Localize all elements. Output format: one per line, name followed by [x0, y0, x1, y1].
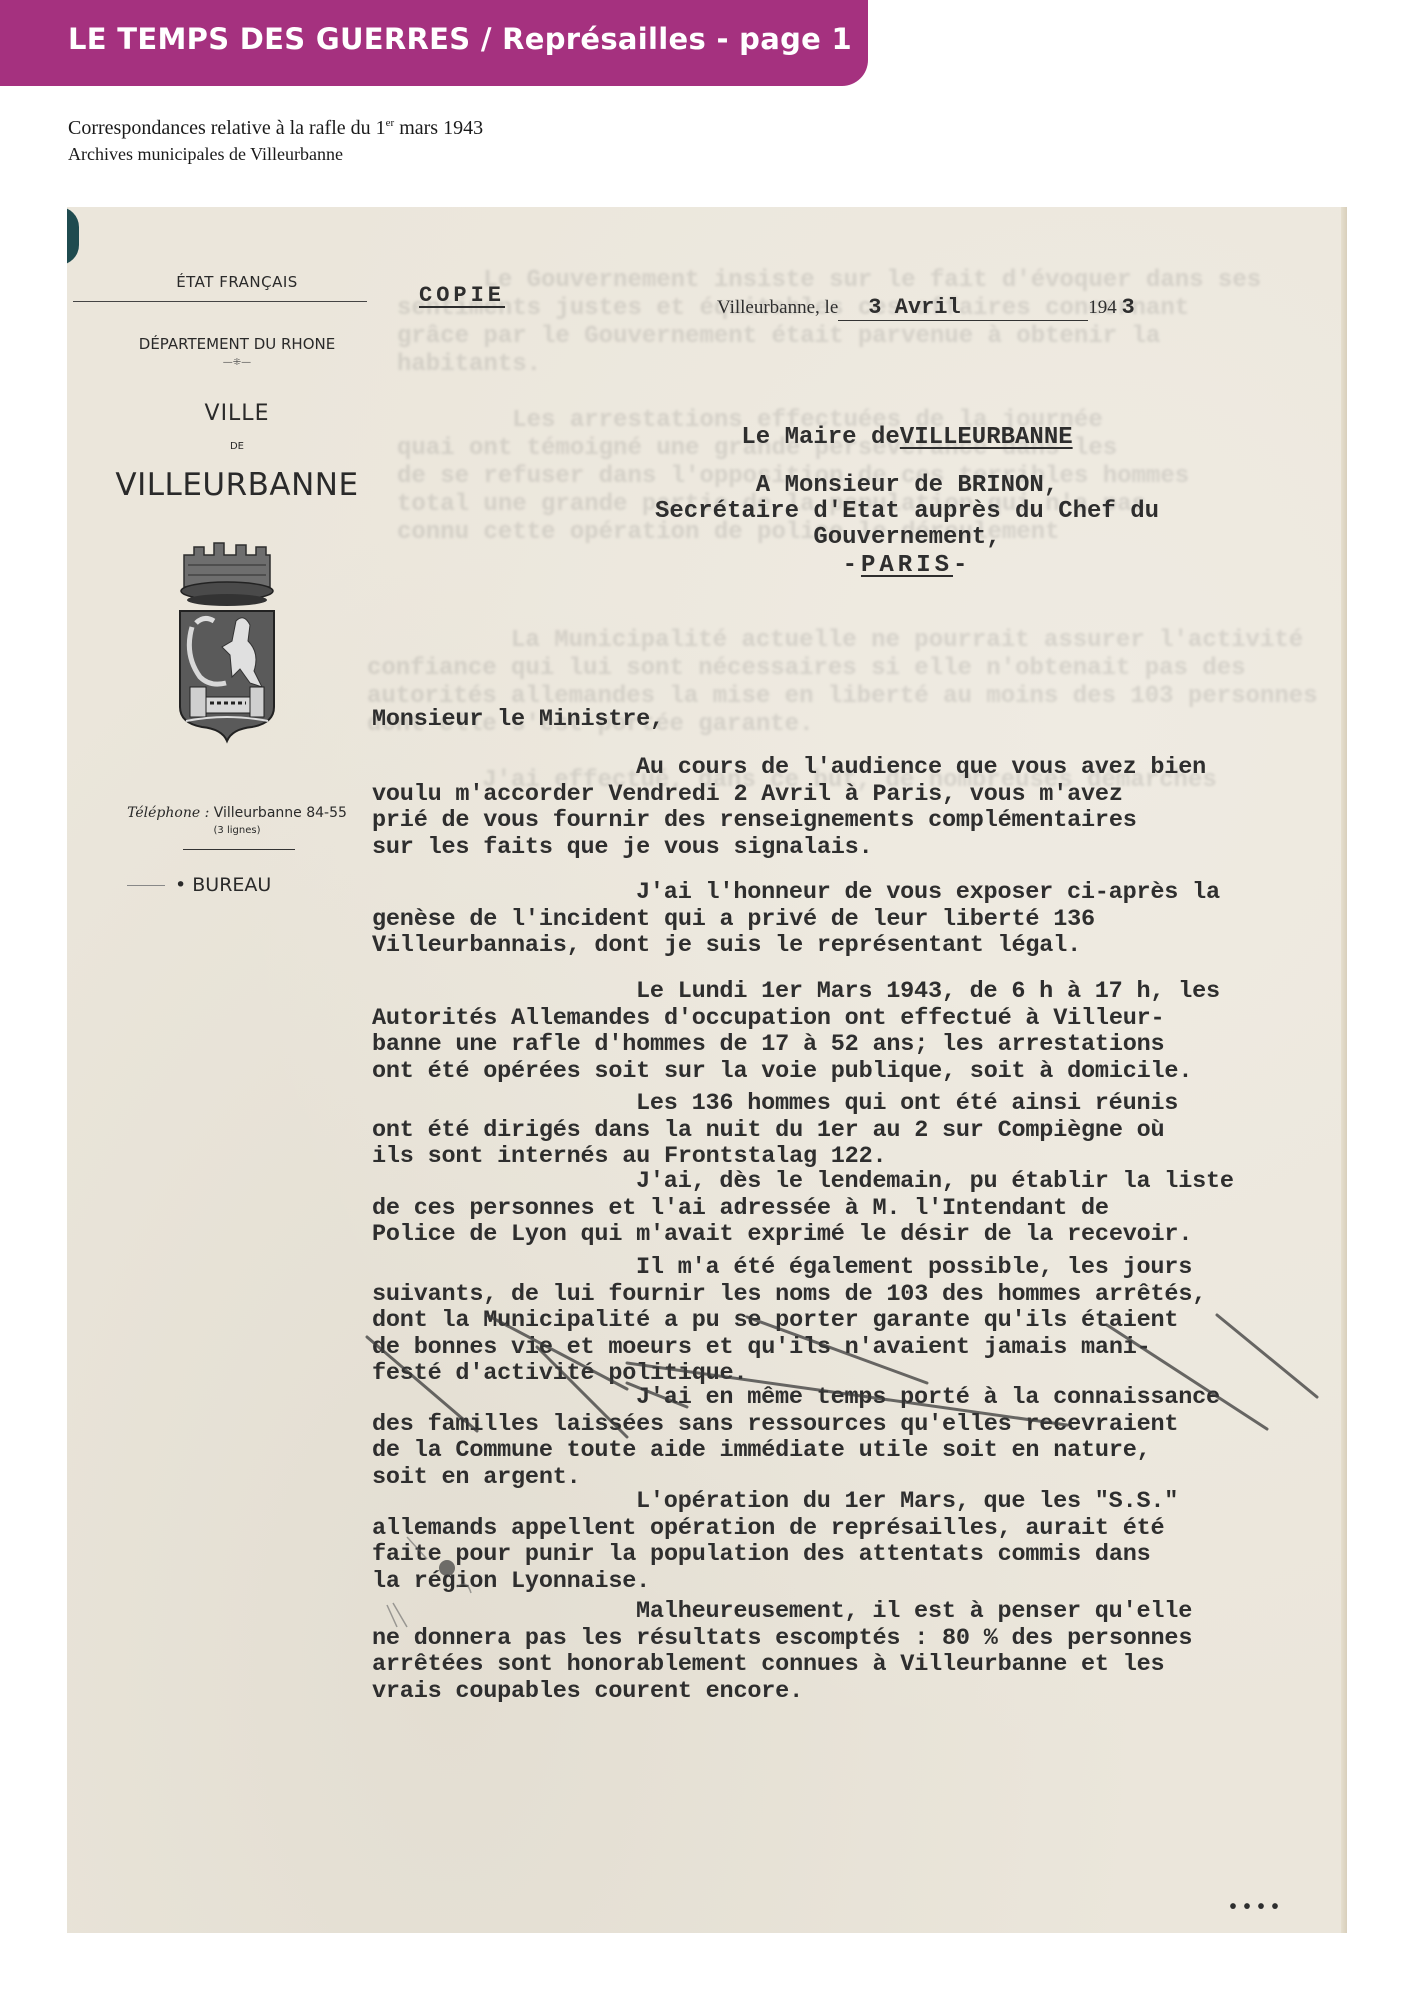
page-title: LE TEMPS DES GUERRES / Représailles - pa… — [68, 22, 852, 56]
caption-source: Archives municipales de Villeurbanne — [68, 141, 483, 167]
caption-title: Correspondances relative à la rafle du 1… — [68, 110, 483, 141]
scanned-letter: Le Gouvernement insiste sur le fait d'év… — [67, 207, 1347, 1933]
continuation-marks: •••• — [1227, 1897, 1283, 1920]
header-bar: LE TEMPS DES GUERRES / Représailles - pa… — [0, 0, 868, 86]
document-caption: Correspondances relative à la rafle du 1… — [68, 110, 483, 167]
pencil-strike-marks — [67, 207, 1347, 1933]
